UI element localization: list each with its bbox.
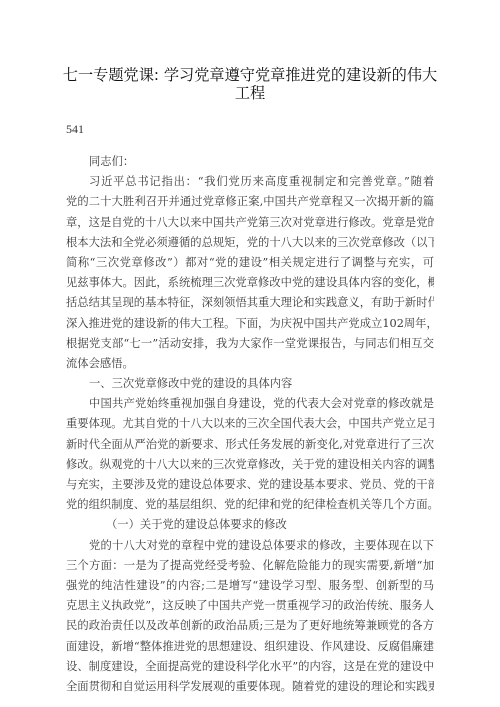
text-line: 设、制度建设，全面提高党的建设科学化水平”的内容，这是在党的建设中 xyxy=(66,657,434,677)
text-line: 新时代全面从严治党的新要求、形式任务发展的新变化,对党章进行了三次 xyxy=(66,435,434,455)
text-line: 见兹事体大。因此，系统梳理三次党章修改中党的建设具体内容的变化，概 xyxy=(66,273,434,293)
text-line: 根本大法和全党必须遵循的总规矩，党的十八大以来的三次党章修改（以下 xyxy=(66,233,434,253)
text-line: 一、三次党章修改中党的建设的具体内容 xyxy=(66,374,434,394)
title-line-2: 工程 xyxy=(60,84,440,102)
text-line: 简称“三次党章修改”）都对“党的建设”相关规定进行了调整与充实，可 xyxy=(66,253,434,273)
text-line: 习近平总书记指出：“我们党历来高度重视制定和完善党章。”随着 xyxy=(66,172,434,192)
text-line: 与充实，主要涉及党的建设总体要求、党的建设基本要求、党员、党的干部、 xyxy=(66,475,434,495)
document-title: 七一专题党课: 学习党章遵守党章推进党的建设新的伟大 工程 xyxy=(60,66,440,102)
text-line: 强党的纯洁性建设”的内容;二是增写“建设学习型、服务型、创新型的马 xyxy=(66,576,434,596)
text-line: 章，这是自党的十八大以来中国共产党第三次对党章进行修改。党章是党的 xyxy=(66,213,434,233)
text-line: 党的二十大胜利召开并通过党章修正案,中国共产党章程又一次揭开新的篇 xyxy=(66,192,434,212)
text-line: 全面贯彻和自觉运用科学发展观的重要体现。随着党的建设的理论和实践更 xyxy=(66,677,434,697)
text-line: 党的组织制度、党的基层组织、党的纪律和党的纪律检查机关等几个方面。 xyxy=(66,495,434,515)
body-paragraphs: 习近平总书记指出：“我们党历来高度重视制定和完善党章。”随着党的二十大胜利召开并… xyxy=(66,172,434,697)
text-line: 重要体现。尤其自党的十八大以来的三次全国代表大会，中国共产党立足于 xyxy=(66,414,434,434)
text-line: 面建设，新增“整体推进党的思想建设、组织建设、作风建设、反腐倡廉建 xyxy=(66,637,434,657)
text-line: 流体会感悟。 xyxy=(66,354,434,374)
text-line: 党的十八大对党的章程中党的建设总体要求的修改，主要体现在以下 xyxy=(66,536,434,556)
text-line: 克思主义执政党”，这反映了中国共产党一贯重视学习的政治传统、服务人 xyxy=(66,596,434,616)
document-page: 七一专题党课: 学习党章遵守党章推进党的建设新的伟大 工程 541 同志们： 习… xyxy=(0,0,500,707)
text-line: 中国共产党始终重视加强自身建设，党的代表大会对党章的修改就是 xyxy=(66,394,434,414)
text-line: 括总结其呈现的基本特征，深刻领悟其重大理论和实践意义，有助于新时代 xyxy=(66,293,434,313)
greeting: 同志们： xyxy=(66,152,434,172)
text-line: 根据党支部“七一”活动安排，我为大家作一堂党课报告，与同志们相互交 xyxy=(66,334,434,354)
text-line: 民的政治责任以及改革创新的政治品质;三是为了更好地统筹兼顾党的各方 xyxy=(66,616,434,636)
text-line: 修改。纵观党的十八大以来的三次党章修改，关于党的建设相关内容的调整 xyxy=(66,455,434,475)
document-body: 同志们： 习近平总书记指出：“我们党历来高度重视制定和完善党章。”随着党的二十大… xyxy=(66,152,434,697)
text-line: 深入推进党的建设新的伟大工程。下面，为庆祝中国共产党成立102周年， xyxy=(66,314,434,334)
text-line: 三个方面：一是为了提高党经受考验、化解危险能力的现实需要,新增“加 xyxy=(66,556,434,576)
document-number: 541 xyxy=(66,122,84,137)
text-line: （一）关于党的建设总体要求的修改 xyxy=(66,515,434,535)
title-line-1: 七一专题党课: 学习党章遵守党章推进党的建设新的伟大 xyxy=(60,66,440,84)
